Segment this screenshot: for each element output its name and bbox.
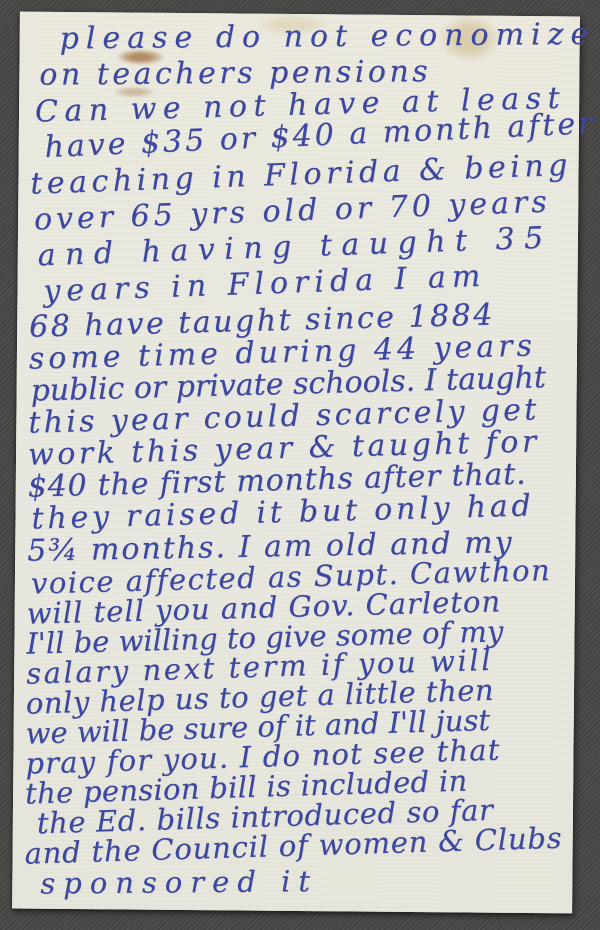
scan-background: { "document": { "kind": "handwritten-let… xyxy=(0,0,600,930)
letter-body: please do not economizeon teachers pensi… xyxy=(24,24,576,914)
handwritten-line: sponsored it xyxy=(24,864,568,899)
letter-paper: please do not economizeon teachers pensi… xyxy=(12,12,580,914)
handwritten-line: please do not economize xyxy=(32,19,576,60)
